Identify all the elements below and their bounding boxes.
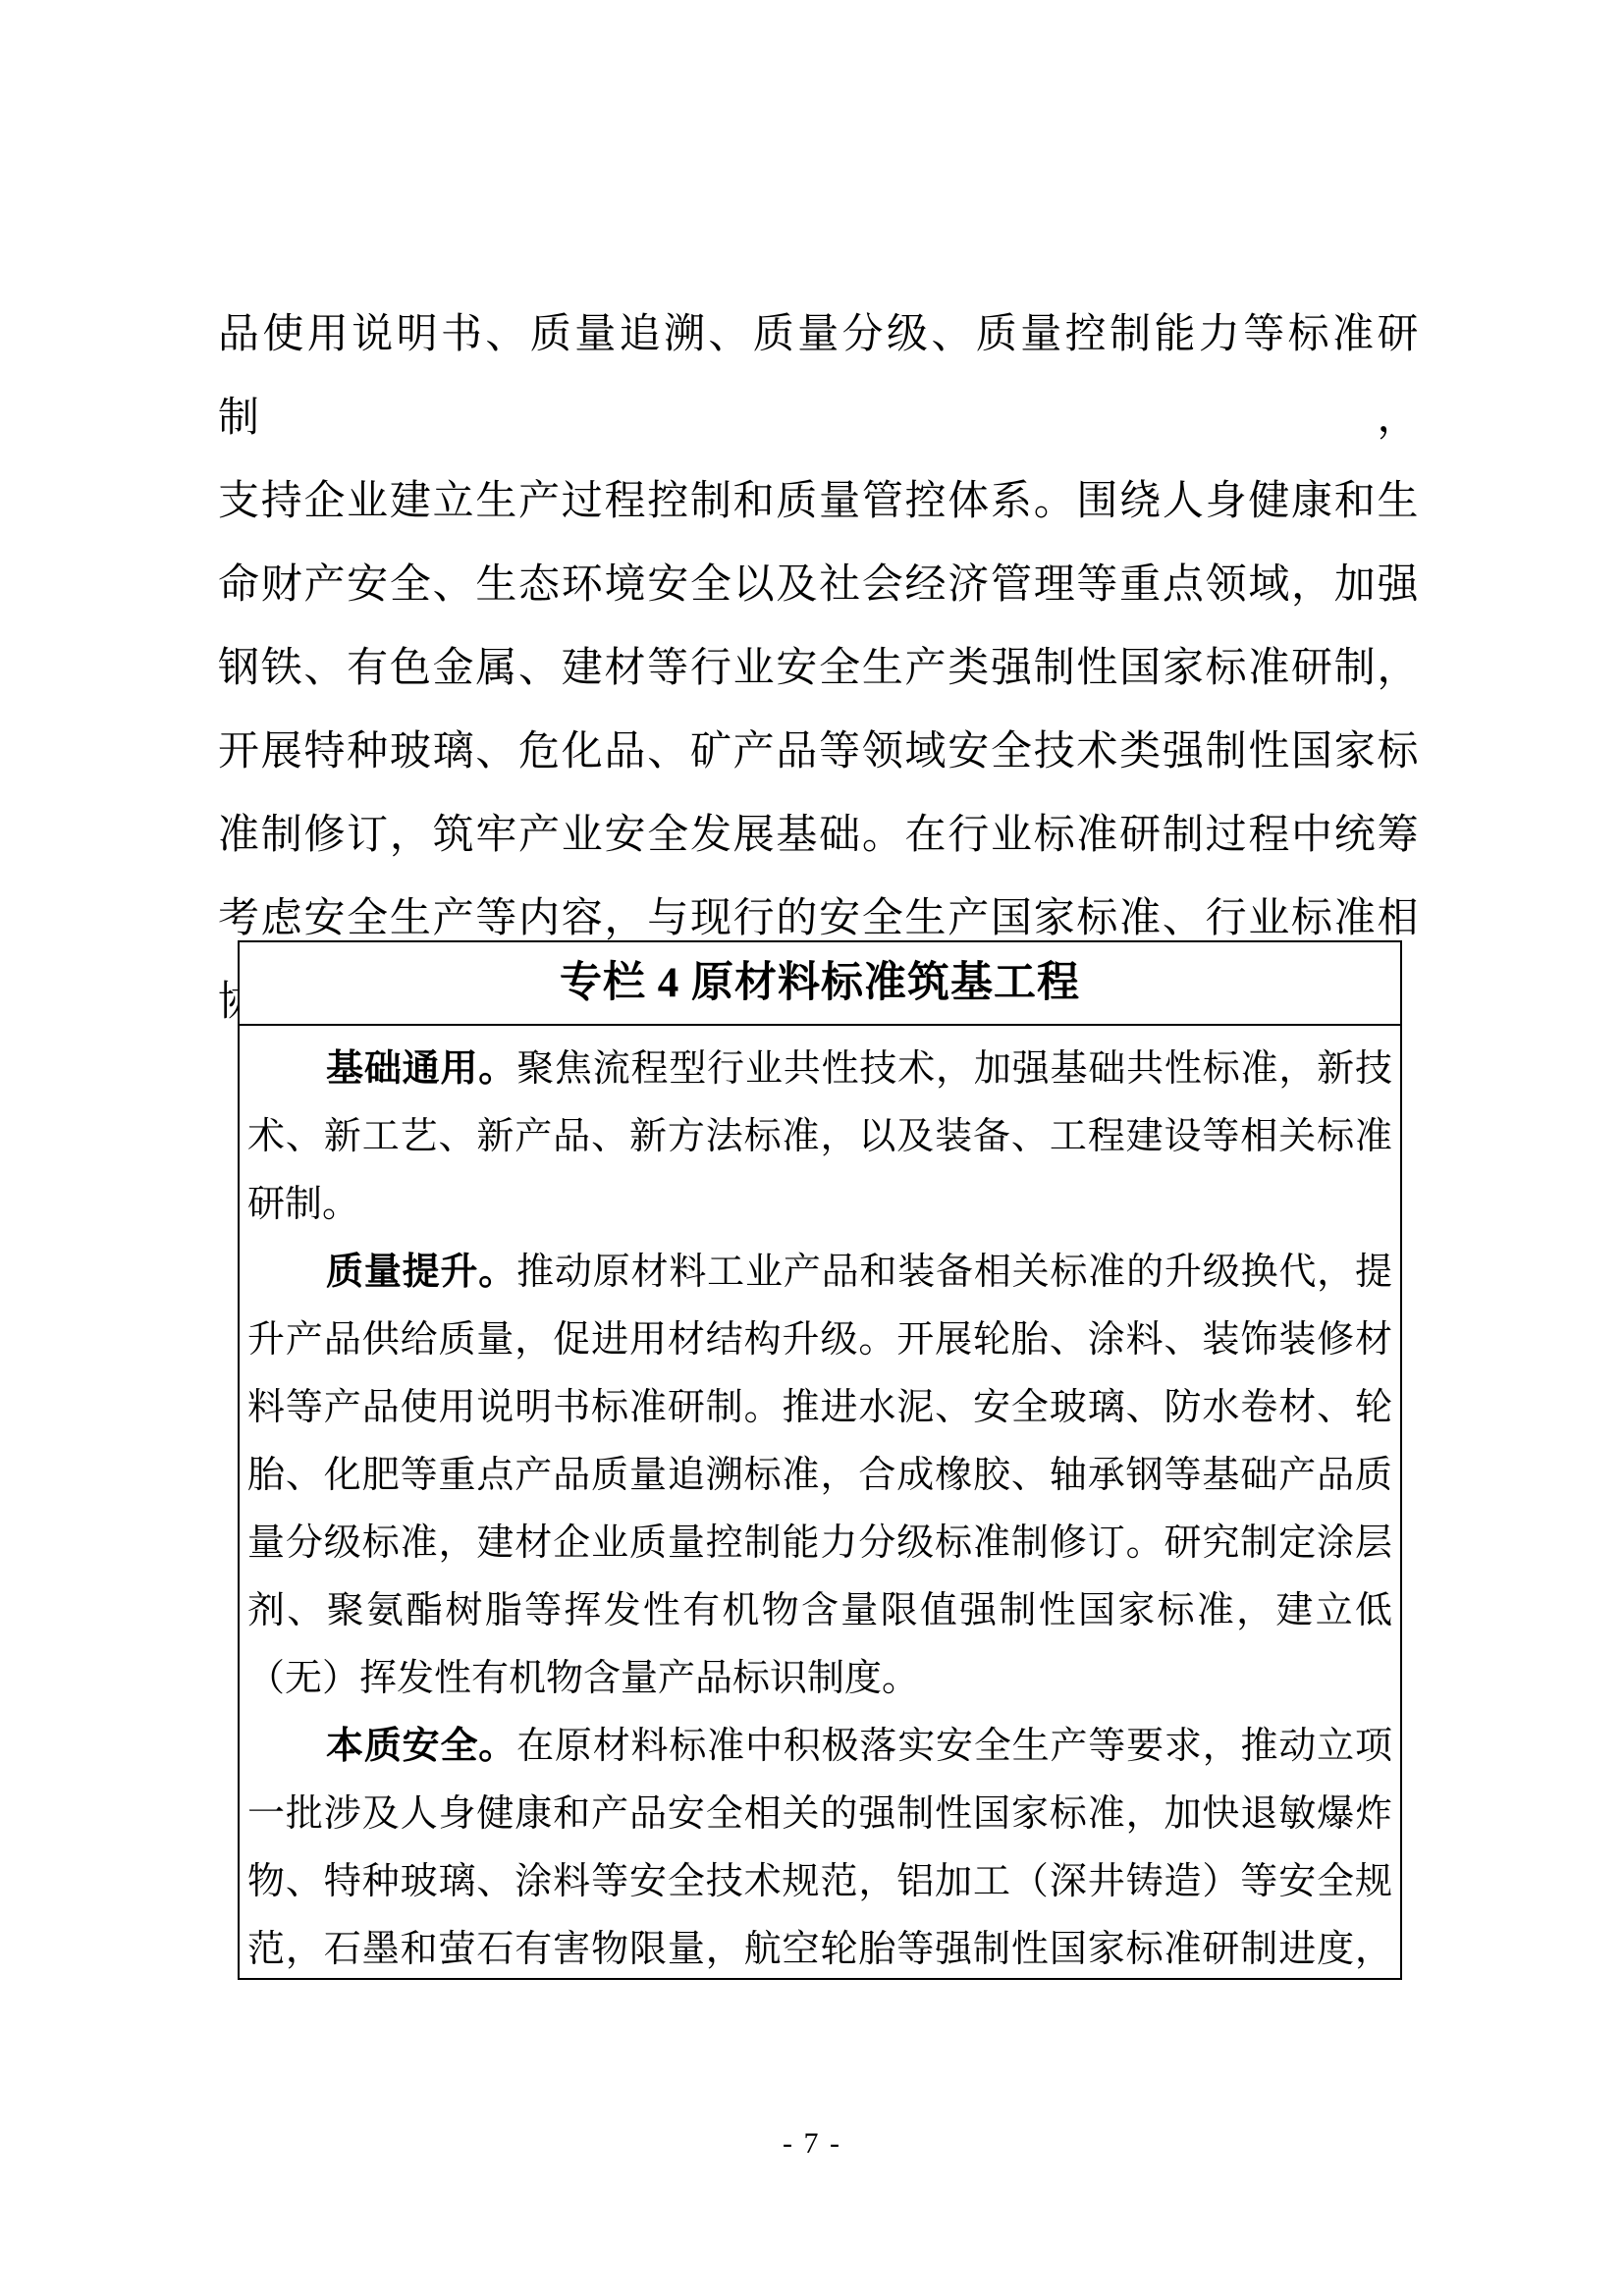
callout-box-title: 专栏 4 原材料标准筑基工程 <box>240 942 1400 1026</box>
text-line: 钢铁、有色金属、建材等行业安全生产类强制性国家标准研制， <box>218 627 1419 711</box>
text-line: 命财产安全、生态环境安全以及社会经济管理等重点领域，加强 <box>218 544 1419 627</box>
text-line: （无）挥发性有机物含量产品标识制度。 <box>247 1645 1392 1713</box>
text-line: 质量提升。推动原材料工业产品和装备相关标准的升级换代，提 <box>247 1239 1392 1307</box>
text-line: 剂、聚氨酯树脂等挥发性有机物含量限值强制性国家标准，建立低 <box>247 1577 1392 1645</box>
text-line: 支持企业建立生产过程控制和质量管控体系。围绕人身健康和生 <box>218 460 1419 544</box>
body-paragraph: 品使用说明书、质量追溯、质量分级、质量控制能力等标准研制，支持企业建立生产过程控… <box>218 294 1419 1044</box>
paragraph-lead: 质量提升。 <box>326 1252 516 1293</box>
text-line: 基础通用。聚焦流程型行业共性技术，加强基础共性标准，新技 <box>247 1036 1392 1103</box>
callout-box: 专栏 4 原材料标准筑基工程 基础通用。聚焦流程型行业共性技术，加强基础共性标准… <box>238 940 1402 1980</box>
paragraph-lead: 基础通用。 <box>326 1048 516 1090</box>
text-line: 量分级标准，建材企业质量控制能力分级标准制修订。研究制定涂层 <box>247 1510 1392 1577</box>
text-line: 升产品供给质量，促进用材结构升级。开展轮胎、涂料、装饰装修材 <box>247 1307 1392 1374</box>
text-line: 范，石墨和萤石有害物限量，航空轮胎等强制性国家标准研制进度， <box>247 1916 1392 1980</box>
text-line: 准制修订，筑牢产业安全发展基础。在行业标准研制过程中统筹 <box>218 794 1419 878</box>
text-line: 胎、化肥等重点产品质量追溯标准，合成橡胶、轴承钢等基础产品质 <box>247 1442 1392 1510</box>
paragraph-lead: 本质安全。 <box>326 1726 516 1767</box>
text-line: 物、特种玻璃、涂料等安全技术规范，铝加工（深井铸造）等安全规 <box>247 1848 1392 1916</box>
text-line: 料等产品使用说明书标准研制。推进水泥、安全玻璃、防水卷材、轮 <box>247 1374 1392 1442</box>
text-line: 品使用说明书、质量追溯、质量分级、质量控制能力等标准研制， <box>218 294 1419 460</box>
callout-box-body: 基础通用。聚焦流程型行业共性技术，加强基础共性标准，新技术、新工艺、新产品、新方… <box>240 1026 1400 1980</box>
text-line: 开展特种玻璃、危化品、矿产品等领域安全技术类强制性国家标 <box>218 711 1419 794</box>
text-line: 研制。 <box>247 1171 1392 1239</box>
text-line: 术、新工艺、新产品、新方法标准，以及装备、工程建设等相关标准 <box>247 1103 1392 1171</box>
page-number: - 7 - <box>0 2127 1624 2161</box>
document-page: 品使用说明书、质量追溯、质量分级、质量控制能力等标准研制，支持企业建立生产过程控… <box>0 0 1624 2296</box>
text-line: 一批涉及人身健康和产品安全相关的强制性国家标准，加快退敏爆炸 <box>247 1781 1392 1848</box>
text-line: 本质安全。在原材料标准中积极落实安全生产等要求，推动立项 <box>247 1713 1392 1781</box>
